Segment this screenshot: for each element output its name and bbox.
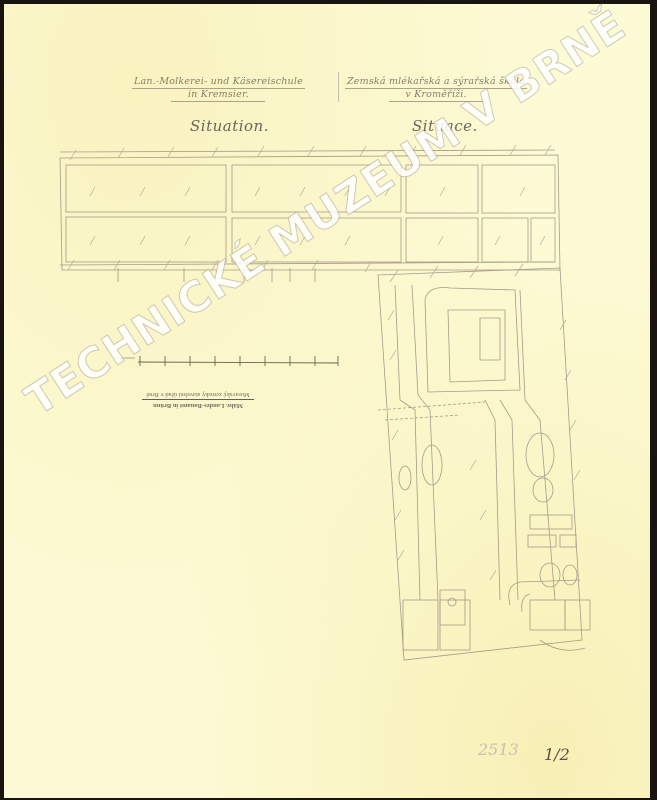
office-stamp: Mähr. Landes-Bauamt in Brünn Moravský ze…	[142, 390, 254, 409]
stamp-line1: Mähr. Landes-Bauamt in Brünn	[142, 401, 254, 409]
scale-bar	[115, 356, 338, 366]
site-plan-drawing	[0, 0, 657, 800]
archive-number: 2513	[478, 740, 519, 759]
stamp-rule	[142, 399, 254, 400]
sheet-number: 1/2	[544, 745, 570, 764]
stamp-line2: Moravský zemský stavební úřad v Brně	[142, 390, 254, 398]
